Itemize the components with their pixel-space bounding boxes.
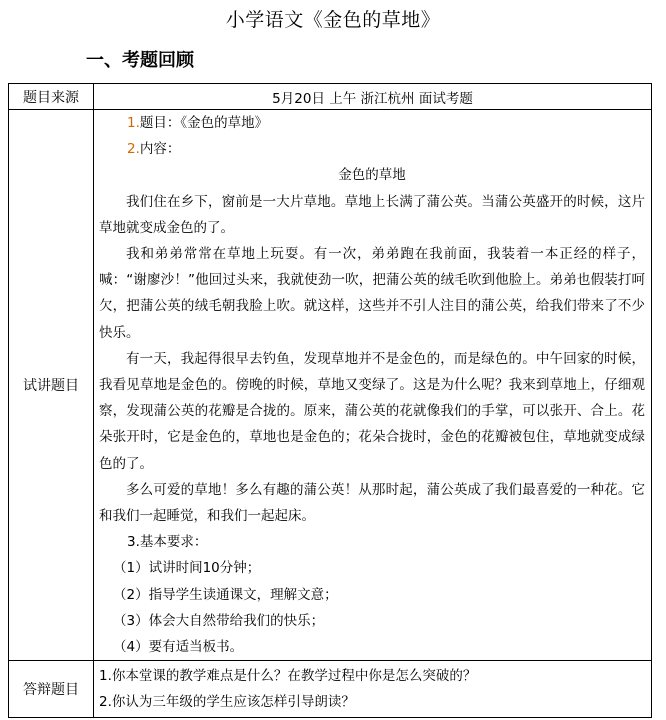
table-row-defense: 答辩题目 1.你本堂课的教学难点是什么？在教学过程中你是怎么突破的？ 2.你认为…	[9, 661, 652, 718]
topic-text: 题目：《金色的草地》	[140, 115, 268, 131]
defense-question: 1.你本堂课的教学难点是什么？在教学过程中你是怎么突破的？	[99, 663, 645, 689]
paragraph: 我们住在乡下，窗前是一大片草地。草地上长满了蒲公英。当蒲公英盛开的时候，这片草地…	[99, 189, 645, 241]
paragraph: 有一天，我起得很早去钓鱼，发现草地并不是金色的，而是绿色的。中午回家的时候，我看…	[99, 346, 645, 477]
source-label: 题目来源	[9, 84, 94, 110]
requirement-item: （4）要有适当板书。	[99, 634, 645, 660]
paragraph: 我和弟弟常常在草地上玩耍。有一次，弟弟跑在我前面，我装着一本正经的样子，喊：“谢…	[99, 241, 645, 346]
content-line: 2.内容：	[99, 136, 645, 162]
source-value: 5月20日 上午 浙江杭州 面试考题	[94, 84, 652, 110]
defense-label: 答辩题目	[9, 661, 94, 718]
content-label: 内容：	[140, 141, 181, 157]
requirement-item: （1）试讲时间10分钟；	[99, 555, 645, 581]
defense-content: 1.你本堂课的教学难点是什么？在教学过程中你是怎么突破的？ 2.你认为三年级的学…	[94, 661, 652, 718]
table-row-lecture: 试讲题目 1.题目：《金色的草地》 2.内容： 金色的草地 我们住在乡下，窗前是…	[9, 110, 652, 661]
lecture-label: 试讲题目	[9, 110, 94, 661]
document-title: 小学语文《金色的草地》	[0, 7, 666, 33]
requirements-label: 3.基本要求：	[99, 529, 645, 555]
requirement-item: （2）指导学生读通课文，理解文意；	[99, 582, 645, 608]
text-title: 金色的草地	[99, 162, 645, 188]
section-heading: 一、考题回顾	[86, 48, 194, 74]
lecture-content: 1.题目：《金色的草地》 2.内容： 金色的草地 我们住在乡下，窗前是一大片草地…	[94, 110, 652, 661]
topic-line: 1.题目：《金色的草地》	[99, 110, 645, 136]
defense-question: 2.你认为三年级的学生应该怎样引导朗读？	[99, 689, 645, 715]
table-row-source: 题目来源 5月20日 上午 浙江杭州 面试考题	[9, 84, 652, 110]
topic-number: 1.	[127, 115, 140, 131]
requirement-item: （3）体会大自然带给我们的快乐；	[99, 608, 645, 634]
content-number: 2.	[127, 141, 140, 157]
paragraph: 多么可爱的草地！多么有趣的蒲公英！从那时起，蒲公英成了我们最喜爱的一种花。它和我…	[99, 477, 645, 529]
exam-info-table: 题目来源 5月20日 上午 浙江杭州 面试考题 试讲题目 1.题目：《金色的草地…	[8, 83, 652, 718]
